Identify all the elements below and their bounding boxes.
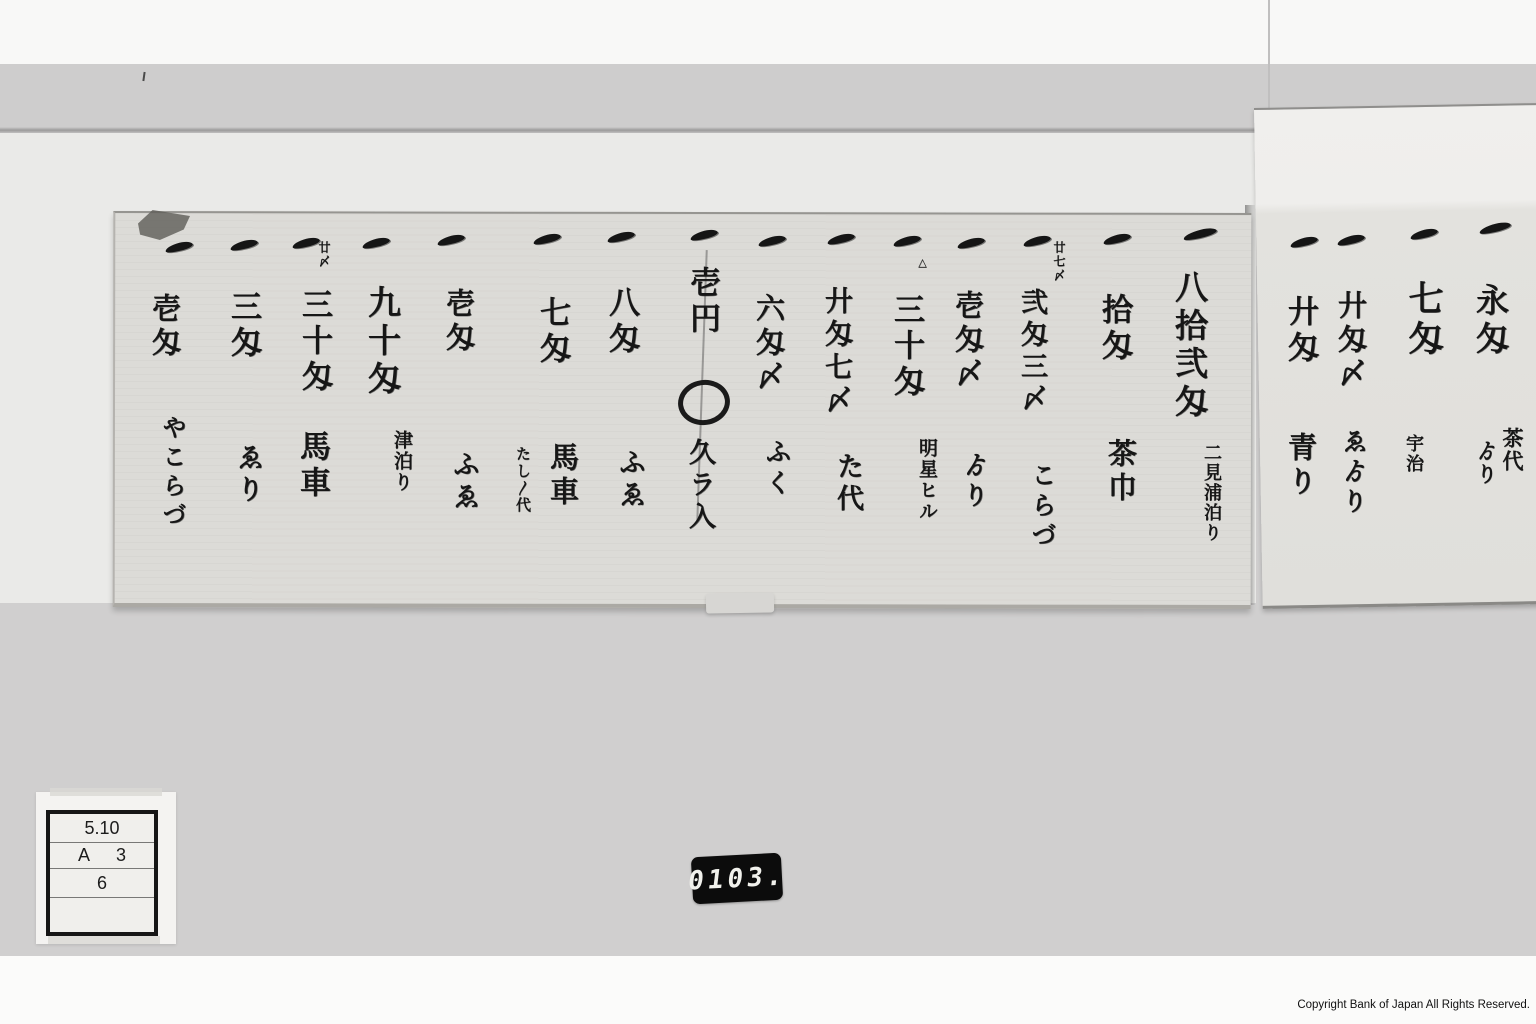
- tiny-annotation: 廿七〆: [1053, 241, 1065, 283]
- amount-text: 七匁: [536, 296, 567, 368]
- sub-note: 茶代: [1502, 427, 1523, 473]
- item-text: 馬車: [548, 442, 577, 510]
- place-note: 津泊り: [392, 430, 411, 493]
- label-call-number: 5.10: [84, 818, 119, 839]
- item-text: 青り: [1286, 432, 1315, 500]
- item-text: ゑゟり: [1341, 428, 1366, 518]
- amount-text: 廾匁七〆: [823, 286, 851, 418]
- amount-text: 三十匁: [298, 288, 329, 396]
- tape-strip: [48, 936, 160, 944]
- place-note: 明星ヒル: [917, 438, 936, 522]
- amount-text: 壱匁〆: [953, 290, 982, 392]
- repair-tape-patch: [706, 592, 774, 613]
- amount-text: 弐匁三〆: [1018, 288, 1045, 416]
- label-item-number: 6: [97, 873, 107, 894]
- amount-text: 壱匁: [444, 288, 473, 356]
- amount-text: 壱円: [686, 266, 717, 338]
- amount-text: 三匁: [227, 290, 258, 362]
- tape-strip: [50, 788, 162, 796]
- amount-text: 八拾弐匁: [1173, 270, 1206, 422]
- tiny-annotation: 廿〆: [318, 241, 330, 269]
- amount-text: 拾匁: [1098, 293, 1129, 365]
- label-row-4: [50, 898, 154, 932]
- amount-text: 廾匁〆: [1336, 290, 1365, 392]
- label-series-number: 3: [116, 845, 126, 866]
- label-row-1: 5.10: [50, 814, 154, 843]
- amount-text: 三十匁: [890, 293, 921, 401]
- frame-counter: 0103.: [691, 853, 783, 905]
- item-text: 馬車: [296, 430, 327, 502]
- amount-text: 九十匁: [366, 285, 399, 399]
- item-text: 久ラ入: [686, 438, 713, 534]
- photo-top-white-band: [0, 0, 1536, 64]
- label-row-3: 6: [50, 869, 154, 898]
- label-row-2: A3: [50, 843, 154, 869]
- amount-text: 八匁: [605, 286, 636, 358]
- amount-text: 廾匁: [1284, 295, 1315, 367]
- amount-text: 壱匁: [150, 293, 179, 361]
- item-text: ゟり: [962, 452, 987, 512]
- archive-label-table: 5.10 A3 6: [46, 810, 158, 936]
- photo-bottom-white-band: [0, 956, 1536, 1024]
- amount-text: 永匁: [1474, 283, 1507, 359]
- amount-text: 七匁: [1406, 280, 1441, 360]
- item-text: やこらづ: [160, 415, 184, 531]
- copyright-notice: Copyright Bank of Japan All Rights Reser…: [1297, 999, 1530, 1011]
- item-text: ふく: [763, 438, 789, 500]
- sub-note: ゟり: [1476, 440, 1497, 486]
- place-note: 二見浦泊り: [1202, 443, 1220, 543]
- archive-label-sticker: 5.10 A3 6: [36, 792, 176, 944]
- item-text: た代: [834, 452, 861, 516]
- sub-note: たし〳代: [515, 446, 530, 514]
- place-note: 宇治: [1404, 434, 1422, 474]
- item-text: ふゑ: [450, 450, 477, 514]
- frame-counter-digits: 0103.: [686, 861, 788, 896]
- item-text: 茶巾: [1106, 438, 1135, 506]
- item-text: ふゑ: [616, 448, 643, 512]
- item-text: こらづ: [1030, 462, 1055, 552]
- amount-text: 六匁〆: [754, 293, 783, 395]
- label-series-letter: A: [78, 845, 90, 866]
- tiny-annotation: △: [917, 256, 928, 271]
- item-text: ゑり: [234, 443, 261, 507]
